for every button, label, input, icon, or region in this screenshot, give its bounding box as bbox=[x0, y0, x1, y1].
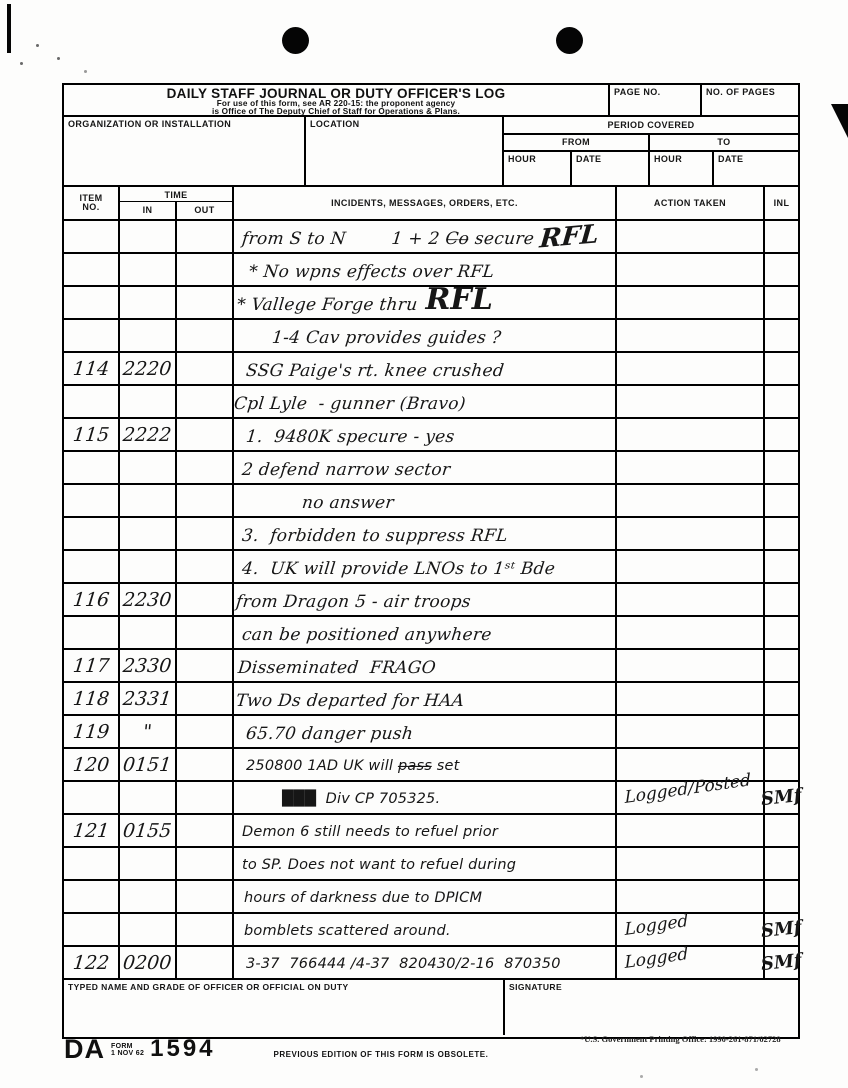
cell-initials: SMf bbox=[765, 947, 798, 978]
period-hourdate-row: HOUR DATE HOUR DATE bbox=[504, 152, 798, 185]
journal-row: Cpl Lyle - gunner (Bravo) bbox=[64, 386, 798, 419]
cell-time-in bbox=[120, 551, 177, 582]
cell-item-no: 119 bbox=[64, 716, 120, 747]
no-of-pages-label: NO. OF PAGES bbox=[702, 85, 798, 97]
item-no-value: 120 bbox=[72, 754, 111, 776]
cell-initials bbox=[765, 386, 798, 417]
incident-text: Disseminated FRAGO bbox=[237, 658, 437, 678]
cell-incident: to SP. Does not want to refuel during bbox=[234, 848, 617, 879]
da-prefix: DA bbox=[64, 1036, 105, 1062]
cell-initials bbox=[765, 815, 798, 846]
to-hour-field: HOUR bbox=[650, 152, 714, 185]
cell-initials bbox=[765, 254, 798, 285]
cell-time-out bbox=[177, 452, 234, 483]
incident-text: bomblets scattered around. bbox=[244, 923, 451, 939]
cell-item-no bbox=[64, 881, 120, 912]
cell-item-no bbox=[64, 782, 120, 813]
cell-action-taken: Logged/Posted bbox=[617, 782, 765, 813]
cell-time-in: 2330 bbox=[120, 650, 177, 681]
cell-item-no bbox=[64, 386, 120, 417]
action-taken-value: Logged bbox=[624, 943, 688, 972]
form-footer-row: TYPED NAME AND GRADE OF OFFICER OR OFFIC… bbox=[64, 980, 798, 1035]
action-taken-header: ACTION TAKEN bbox=[617, 187, 765, 219]
item-no-value: 118 bbox=[72, 688, 111, 710]
period-covered-section: PERIOD COVERED FROM TO HOUR DATE HOUR DA… bbox=[504, 117, 798, 185]
cell-time-in bbox=[120, 782, 177, 813]
cell-incident: hours of darkness due to DPICM bbox=[234, 881, 617, 912]
cell-time-out bbox=[177, 782, 234, 813]
cell-time-in bbox=[120, 320, 177, 351]
time-header: TIME IN OUT bbox=[120, 187, 234, 219]
inl-label: INL bbox=[765, 198, 798, 208]
cell-incident: bomblets scattered around. bbox=[234, 914, 617, 945]
journal-row: 2 defend narrow sector bbox=[64, 452, 798, 485]
no-of-pages-field: NO. OF PAGES bbox=[702, 85, 798, 115]
incident-text: 3-37 766444 /4-37 820430/2-16 870350 bbox=[246, 956, 561, 972]
cell-item-no bbox=[64, 452, 120, 483]
cell-initials bbox=[765, 485, 798, 516]
punch-hole-right bbox=[556, 27, 583, 54]
item-label-2: NO. bbox=[64, 203, 118, 212]
cell-time-in bbox=[120, 221, 177, 252]
journal-row: 3. forbidden to suppress RFL bbox=[64, 518, 798, 551]
form-title-row: DAILY STAFF JOURNAL OR DUTY OFFICER'S LO… bbox=[64, 85, 798, 117]
page-no-field: PAGE NO. bbox=[610, 85, 702, 115]
cell-initials bbox=[765, 650, 798, 681]
cell-item-no bbox=[64, 221, 120, 252]
scan-speck bbox=[84, 70, 87, 73]
journal-row: 118 2331 Two Ds departed for HAA bbox=[64, 683, 798, 716]
journal-row: 1-4 Cav provides guides ? bbox=[64, 320, 798, 353]
cell-time-out bbox=[177, 320, 234, 351]
cell-incident: can be positioned anywhere bbox=[234, 617, 617, 648]
cell-incident: 3-37 766444 /4-37 820430/2-16 870350 bbox=[234, 947, 617, 978]
item-no-value: 114 bbox=[72, 358, 111, 380]
cell-item-no: 118 bbox=[64, 683, 120, 714]
cell-incident: from S to N 1 + 2 C̶o̶ secure RFL bbox=[234, 221, 617, 252]
incident-text: no answer bbox=[301, 493, 395, 513]
cell-time-in bbox=[120, 914, 177, 945]
obsolete-note: PREVIOUS EDITION OF THIS FORM IS OBSOLET… bbox=[274, 1050, 489, 1059]
item-no-value: 116 bbox=[72, 589, 111, 611]
from-hour-field: HOUR bbox=[504, 152, 572, 185]
cell-time-out bbox=[177, 386, 234, 417]
journal-row: 122 0200 3-37 766444 /4-37 820430/2-16 8… bbox=[64, 947, 798, 980]
signature-field: SIGNATURE bbox=[505, 980, 798, 1035]
incident-text: 1. 9480K specure - yes bbox=[245, 427, 456, 447]
incident-text: 4. UK will provide LNOs to 1ˢᵗ Bde bbox=[241, 559, 556, 579]
incident-emphasis: RFL bbox=[539, 219, 601, 254]
cell-item-no: 121 bbox=[64, 815, 120, 846]
journal-rows: from S to N 1 + 2 C̶o̶ secure RFL * No w… bbox=[64, 221, 798, 980]
journal-row: 121 0155 Demon 6 still needs to refuel p… bbox=[64, 815, 798, 848]
item-no-value: 117 bbox=[72, 655, 111, 677]
cell-time-out bbox=[177, 287, 234, 318]
cell-action-taken bbox=[617, 617, 765, 648]
journal-row: 120 0151 250800 1AD UK will p̶a̶s̶s̶ set bbox=[64, 749, 798, 782]
cell-initials bbox=[765, 452, 798, 483]
cell-time-out bbox=[177, 815, 234, 846]
cell-time-out bbox=[177, 617, 234, 648]
cell-item-no: 117 bbox=[64, 650, 120, 681]
cell-initials bbox=[765, 518, 798, 549]
time-label: TIME bbox=[120, 187, 232, 202]
cell-incident: 250800 1AD UK will p̶a̶s̶s̶ set bbox=[234, 749, 617, 780]
cell-action-taken: Logged bbox=[617, 947, 765, 978]
cell-incident: Disseminated FRAGO bbox=[234, 650, 617, 681]
location-label: LOCATION bbox=[306, 117, 502, 129]
item-no-value: 122 bbox=[72, 952, 111, 974]
journal-row: can be positioned anywhere bbox=[64, 617, 798, 650]
incident-text: Cpl Lyle - gunner (Bravo) bbox=[233, 394, 467, 414]
incident-text: 1-4 Cav provides guides ? bbox=[271, 328, 502, 348]
item-no-header: ITEM NO. bbox=[64, 187, 120, 219]
cell-time-in bbox=[120, 254, 177, 285]
form-word: FORM bbox=[111, 1043, 144, 1050]
cell-action-taken bbox=[617, 650, 765, 681]
from-label: FROM bbox=[504, 135, 650, 150]
cell-item-no bbox=[64, 518, 120, 549]
gpo-imprint: *U.S. Government Printing Office: 1990-2… bbox=[580, 1034, 781, 1044]
scan-speck bbox=[640, 1075, 643, 1078]
cell-time-out bbox=[177, 683, 234, 714]
cell-initials bbox=[765, 353, 798, 384]
journal-row: 116 2230 from Dragon 5 - air troops bbox=[64, 584, 798, 617]
cell-time-in bbox=[120, 518, 177, 549]
incident-text: 65.70 danger push bbox=[245, 724, 414, 744]
incidents-header: INCIDENTS, MESSAGES, ORDERS, ETC. bbox=[234, 187, 617, 219]
time-in-value: 0151 bbox=[122, 754, 173, 776]
time-in-label: IN bbox=[120, 202, 177, 219]
journal-row: ███ Div CP 705325. Logged/Posted SMf bbox=[64, 782, 798, 815]
table-column-headers: ITEM NO. TIME IN OUT INCIDENTS, MESSAGES… bbox=[64, 187, 798, 221]
to-date-label: DATE bbox=[714, 152, 798, 164]
initials-value: SMf bbox=[760, 950, 803, 975]
cell-incident: from Dragon 5 - air troops bbox=[234, 584, 617, 615]
typed-name-field: TYPED NAME AND GRADE OF OFFICER OR OFFIC… bbox=[64, 980, 505, 1035]
time-in-value: 2220 bbox=[122, 358, 173, 380]
form-title-block: DAILY STAFF JOURNAL OR DUTY OFFICER'S LO… bbox=[64, 85, 610, 115]
cell-item-no bbox=[64, 320, 120, 351]
cell-time-out bbox=[177, 485, 234, 516]
item-no-value: 115 bbox=[72, 424, 111, 446]
cell-initials bbox=[765, 749, 798, 780]
time-in-value: 2222 bbox=[122, 424, 173, 446]
to-label: TO bbox=[650, 135, 798, 150]
cell-item-no bbox=[64, 617, 120, 648]
cell-time-in bbox=[120, 287, 177, 318]
cell-time-in bbox=[120, 386, 177, 417]
from-date-label: DATE bbox=[572, 152, 648, 164]
cell-initials bbox=[765, 584, 798, 615]
journal-row: no answer bbox=[64, 485, 798, 518]
cell-action-taken bbox=[617, 551, 765, 582]
item-no-value: 119 bbox=[72, 721, 111, 743]
cell-time-out bbox=[177, 914, 234, 945]
journal-row: hours of darkness due to DPICM bbox=[64, 881, 798, 914]
page-no-label: PAGE NO. bbox=[610, 85, 700, 97]
incident-text: Two Ds departed for HAA bbox=[235, 691, 465, 711]
scan-speck bbox=[755, 1068, 758, 1071]
time-in-value: 2230 bbox=[122, 589, 173, 611]
organization-label: ORGANIZATION OR INSTALLATION bbox=[64, 117, 304, 129]
scan-mark-right-wedge bbox=[831, 104, 848, 138]
cell-incident: 4. UK will provide LNOs to 1ˢᵗ Bde bbox=[234, 551, 617, 582]
period-fromto-row: FROM TO bbox=[504, 135, 798, 152]
incident-text: * Vallege Forge thru bbox=[236, 295, 419, 315]
incident-text: Demon 6 still needs to refuel prior bbox=[242, 824, 498, 840]
cell-time-out bbox=[177, 254, 234, 285]
cell-time-out bbox=[177, 419, 234, 450]
cell-time-in: 0155 bbox=[120, 815, 177, 846]
time-in-value: 2330 bbox=[122, 655, 173, 677]
incident-text: hours of darkness due to DPICM bbox=[244, 890, 482, 906]
incident-text: 250800 1AD UK will p̶a̶s̶s̶ set bbox=[246, 758, 460, 774]
inl-header: INL bbox=[765, 187, 798, 219]
cell-incident: ███ Div CP 705325. bbox=[234, 782, 617, 813]
cell-action-taken bbox=[617, 320, 765, 351]
cell-initials bbox=[765, 848, 798, 879]
cell-incident: Cpl Lyle - gunner (Bravo) bbox=[234, 386, 617, 417]
cell-time-in: 2230 bbox=[120, 584, 177, 615]
cell-time-out bbox=[177, 353, 234, 384]
cell-incident: 1-4 Cav provides guides ? bbox=[234, 320, 617, 351]
form-org-row: ORGANIZATION OR INSTALLATION LOCATION PE… bbox=[64, 117, 798, 187]
journal-row: 117 2330 Disseminated FRAGO bbox=[64, 650, 798, 683]
cell-initials bbox=[765, 683, 798, 714]
cell-item-no bbox=[64, 254, 120, 285]
cell-item-no bbox=[64, 485, 120, 516]
time-out-label: OUT bbox=[177, 202, 232, 219]
cell-time-out bbox=[177, 221, 234, 252]
cell-initials: SMf bbox=[765, 914, 798, 945]
cell-time-in bbox=[120, 881, 177, 912]
cell-action-taken bbox=[617, 815, 765, 846]
incidents-label: INCIDENTS, MESSAGES, ORDERS, ETC. bbox=[234, 198, 615, 208]
cell-incident: * No wpns effects over RFL bbox=[234, 254, 617, 285]
incident-emphasis: RFL bbox=[425, 282, 492, 317]
journal-row: to SP. Does not want to refuel during bbox=[64, 848, 798, 881]
cell-action-taken bbox=[617, 485, 765, 516]
cell-time-in: 0200 bbox=[120, 947, 177, 978]
cell-time-in: 2220 bbox=[120, 353, 177, 384]
cell-time-out bbox=[177, 947, 234, 978]
incident-text: can be positioned anywhere bbox=[241, 625, 493, 645]
period-covered-label: PERIOD COVERED bbox=[504, 117, 798, 135]
to-hour-label: HOUR bbox=[650, 152, 712, 164]
cell-time-in bbox=[120, 848, 177, 879]
cell-action-taken bbox=[617, 287, 765, 318]
cell-incident: Demon 6 still needs to refuel prior bbox=[234, 815, 617, 846]
from-hour-label: HOUR bbox=[504, 152, 570, 164]
scan-speck bbox=[20, 62, 23, 65]
to-date-field: DATE bbox=[714, 152, 798, 185]
cell-time-out bbox=[177, 881, 234, 912]
cell-time-in bbox=[120, 452, 177, 483]
cell-initials: SMf bbox=[765, 782, 798, 813]
cell-initials bbox=[765, 617, 798, 648]
cell-initials bbox=[765, 221, 798, 252]
time-in-value: " bbox=[142, 721, 153, 743]
form-date: 1 NOV 62 bbox=[111, 1050, 144, 1057]
cell-time-in: 2222 bbox=[120, 419, 177, 450]
cell-item-no: 114 bbox=[64, 353, 120, 384]
form-id-line: DA FORM 1 NOV 62 1594 PREVIOUS EDITION O… bbox=[64, 1036, 488, 1062]
time-in-value: 0155 bbox=[122, 820, 173, 842]
cell-time-in bbox=[120, 617, 177, 648]
journal-row: 119 " 65.70 danger push bbox=[64, 716, 798, 749]
cell-time-out bbox=[177, 716, 234, 747]
cell-item-no: 120 bbox=[64, 749, 120, 780]
cell-time-out bbox=[177, 848, 234, 879]
incident-text: 3. forbidden to suppress RFL bbox=[241, 526, 509, 546]
cell-time-in: 0151 bbox=[120, 749, 177, 780]
journal-row: bomblets scattered around. Logged SMf bbox=[64, 914, 798, 947]
form-subtitle-2: is Office of The Deputy Chief of Staff f… bbox=[64, 108, 608, 116]
from-date-field: DATE bbox=[572, 152, 650, 185]
cell-incident: Two Ds departed for HAA bbox=[234, 683, 617, 714]
scan-mark-left-bar bbox=[7, 4, 11, 53]
cell-action-taken bbox=[617, 419, 765, 450]
cell-time-in: 2331 bbox=[120, 683, 177, 714]
cell-time-out bbox=[177, 650, 234, 681]
action-taken-label: ACTION TAKEN bbox=[617, 198, 763, 208]
cell-action-taken bbox=[617, 683, 765, 714]
cell-action-taken bbox=[617, 386, 765, 417]
time-in-value: 2331 bbox=[122, 688, 173, 710]
cell-time-in bbox=[120, 485, 177, 516]
journal-row: 115 2222 1. 9480K specure - yes bbox=[64, 419, 798, 452]
cell-initials bbox=[765, 419, 798, 450]
cell-action-taken: Logged bbox=[617, 914, 765, 945]
cell-initials bbox=[765, 320, 798, 351]
incident-text: * No wpns effects over RFL bbox=[248, 262, 495, 282]
signature-label: SIGNATURE bbox=[505, 980, 798, 992]
time-in-value: 0200 bbox=[122, 952, 173, 974]
incident-text: SSG Paige's rt. knee crushed bbox=[245, 361, 505, 381]
cell-item-no bbox=[64, 551, 120, 582]
cell-action-taken bbox=[617, 848, 765, 879]
cell-item-no bbox=[64, 914, 120, 945]
cell-incident: * Vallege Forge thru RFL bbox=[234, 287, 617, 318]
cell-action-taken bbox=[617, 452, 765, 483]
cell-action-taken bbox=[617, 881, 765, 912]
scan-speck bbox=[36, 44, 39, 47]
initials-value: SMf bbox=[760, 785, 803, 810]
cell-time-out bbox=[177, 584, 234, 615]
organization-field: ORGANIZATION OR INSTALLATION bbox=[64, 117, 306, 185]
cell-action-taken bbox=[617, 518, 765, 549]
incident-text: from Dragon 5 - air troops bbox=[235, 592, 472, 612]
cell-initials bbox=[765, 881, 798, 912]
location-field: LOCATION bbox=[306, 117, 504, 185]
cell-action-taken bbox=[617, 584, 765, 615]
cell-item-no: 122 bbox=[64, 947, 120, 978]
cell-initials bbox=[765, 287, 798, 318]
cell-action-taken bbox=[617, 221, 765, 252]
incident-text: from S to N 1 + 2 C̶o̶ secure bbox=[241, 229, 535, 249]
cell-incident: 1. 9480K specure - yes bbox=[234, 419, 617, 450]
cell-time-out bbox=[177, 749, 234, 780]
incident-text: ███ Div CP 705325. bbox=[282, 791, 440, 807]
cell-incident: 65.70 danger push bbox=[234, 716, 617, 747]
journal-row: 114 2220 SSG Paige's rt. knee crushed bbox=[64, 353, 798, 386]
cell-incident: 3. forbidden to suppress RFL bbox=[234, 518, 617, 549]
form-edition: FORM 1 NOV 62 bbox=[111, 1043, 144, 1057]
cell-action-taken bbox=[617, 353, 765, 384]
punch-hole-left bbox=[282, 27, 309, 54]
journal-row: 4. UK will provide LNOs to 1ˢᵗ Bde bbox=[64, 551, 798, 584]
da-form-1594: DAILY STAFF JOURNAL OR DUTY OFFICER'S LO… bbox=[62, 83, 800, 1039]
incident-text: to SP. Does not want to refuel during bbox=[242, 857, 516, 873]
journal-row: * Vallege Forge thru RFL bbox=[64, 287, 798, 320]
scan-speck bbox=[57, 57, 60, 60]
typed-name-label: TYPED NAME AND GRADE OF OFFICER OR OFFIC… bbox=[64, 980, 503, 992]
cell-time-out bbox=[177, 518, 234, 549]
cell-incident: SSG Paige's rt. knee crushed bbox=[234, 353, 617, 384]
cell-initials bbox=[765, 551, 798, 582]
cell-action-taken bbox=[617, 716, 765, 747]
form-number: 1594 bbox=[150, 1036, 215, 1061]
cell-initials bbox=[765, 716, 798, 747]
cell-time-in: " bbox=[120, 716, 177, 747]
cell-incident: no answer bbox=[234, 485, 617, 516]
incident-text: 2 defend narrow sector bbox=[241, 460, 451, 480]
cell-item-no bbox=[64, 848, 120, 879]
cell-incident: 2 defend narrow sector bbox=[234, 452, 617, 483]
cell-item-no bbox=[64, 287, 120, 318]
time-subheader: IN OUT bbox=[120, 202, 232, 219]
item-no-value: 121 bbox=[72, 820, 111, 842]
cell-action-taken bbox=[617, 254, 765, 285]
cell-item-no: 116 bbox=[64, 584, 120, 615]
action-taken-value: Logged bbox=[624, 910, 688, 939]
initials-value: SMf bbox=[760, 917, 803, 942]
journal-row: from S to N 1 + 2 C̶o̶ secure RFL bbox=[64, 221, 798, 254]
cell-time-out bbox=[177, 551, 234, 582]
cell-item-no: 115 bbox=[64, 419, 120, 450]
